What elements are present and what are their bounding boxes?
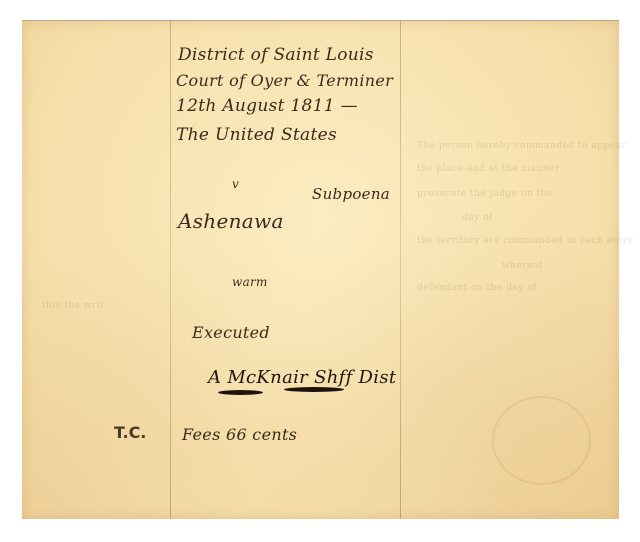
document-paper: The person hereby commanded to appear th… bbox=[22, 20, 619, 519]
docket-district: District of Saint Louis bbox=[178, 45, 374, 65]
bleed-through-text: the territory are commanded to each entr… bbox=[417, 236, 633, 246]
docket-writ-type: Subpoena bbox=[312, 185, 390, 203]
bleed-through-text: prosecute the judge on the bbox=[417, 189, 553, 199]
bleed-through-text: this the writ bbox=[42, 301, 104, 311]
ink-flourish bbox=[218, 390, 263, 395]
ink-flourish bbox=[284, 387, 344, 392]
bleed-through-text: defendant on the day of bbox=[417, 283, 537, 293]
docket-court: Court of Oyer & Terminer bbox=[176, 71, 393, 90]
docket-return-note: Executed bbox=[192, 323, 270, 342]
docket-fee: Fees 66 cents bbox=[182, 425, 297, 444]
water-stain bbox=[492, 396, 591, 485]
fold-line-right bbox=[400, 21, 401, 519]
fold-line-left bbox=[170, 21, 171, 519]
docket-date: 12th August 1811 — bbox=[176, 96, 358, 116]
docket-defendant: Ashenawa bbox=[178, 209, 284, 233]
docket-witness-note: warm bbox=[232, 275, 268, 289]
bleed-through-text: The person hereby commanded to appear bbox=[417, 141, 626, 151]
sheriff-signature: A McKnair Shff Dist bbox=[208, 367, 396, 388]
docket-plaintiff: The United States bbox=[176, 125, 337, 145]
bleed-through-text: the place and at the manner bbox=[417, 164, 560, 174]
margin-mark: T.C. bbox=[114, 423, 146, 442]
bleed-through-text: whereof bbox=[502, 261, 543, 271]
bleed-through-text: day of bbox=[462, 213, 493, 223]
docket-versus: v bbox=[232, 177, 239, 191]
